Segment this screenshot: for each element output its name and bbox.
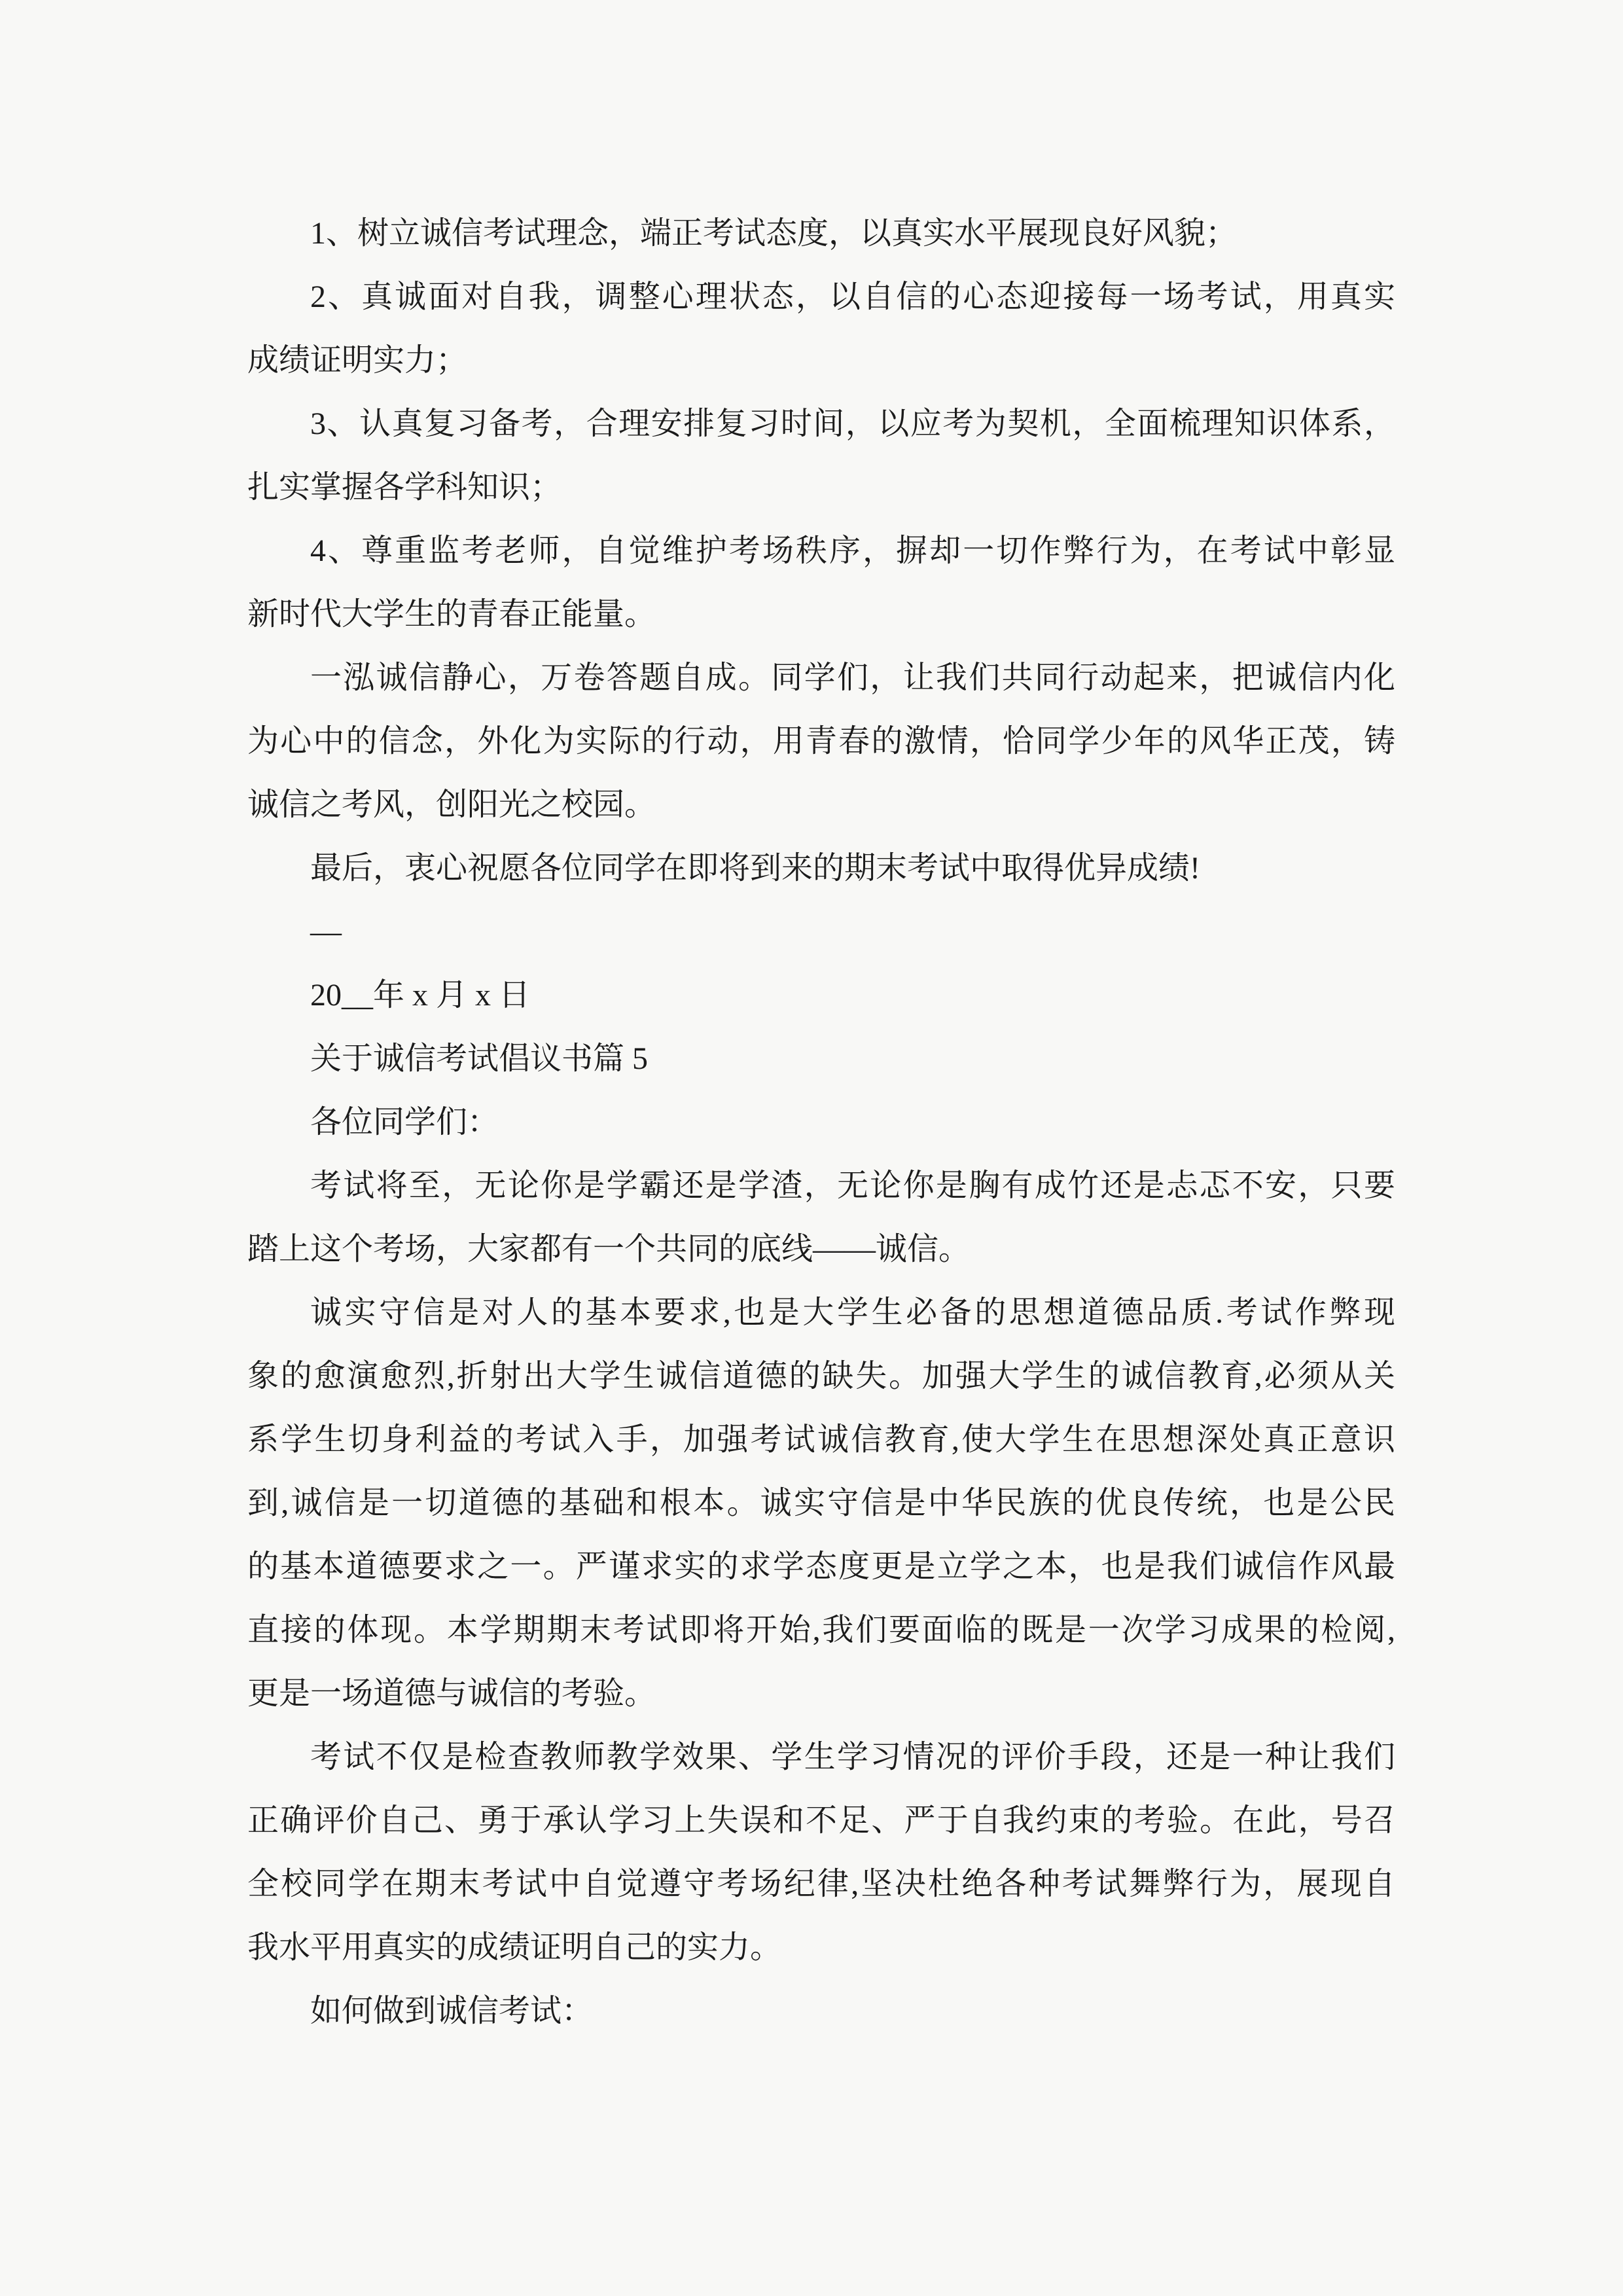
text-line: 成绩证明实力； [247,329,1395,392]
text-line: 诚实守信是对人的基本要求,也是大学生必备的思想道德品质.考试作弊现 [247,1281,1395,1344]
text-line: 3、认真复习备考，合理安排复习时间，以应考为契机，全面梳理知识体系， [247,392,1395,456]
text-line: 为心中的信念，外化为实际的行动，用青春的激情，恰同学少年的风华正茂，铸 [247,709,1395,773]
text-line: 扎实掌握各学科知识； [247,456,1395,519]
text-line: 到,诚信是一切道德的基础和根本。诚实守信是中华民族的优良传统，也是公民 [247,1471,1395,1535]
text-lines: 1、树立诚信考试理念，端正考试态度，以真实水平展现良好风貌；2、真诚面对自我，调… [247,202,1395,2043]
text-line: — [247,900,1395,963]
text-line: 1、树立诚信考试理念，端正考试态度，以真实水平展现良好风貌； [247,202,1395,265]
text-line: 如何做到诚信考试： [247,1979,1395,2043]
text-line: 直接的体现。本学期期末考试即将开始,我们要面临的既是一次学习成果的检阅, [247,1598,1395,1662]
text-line: 2、真诚面对自我，调整心理状态，以自信的心态迎接每一场考试，用真实 [247,265,1395,329]
document-page: 1、树立诚信考试理念，端正考试态度，以真实水平展现良好风貌；2、真诚面对自我，调… [0,0,1623,2296]
text-line: 正确评价自己、勇于承认学习上失误和不足、严于自我约束的考验。在此，号召 [247,1789,1395,1852]
text-line: 关于诚信考试倡议书篇 5 [247,1027,1395,1090]
text-line: 各位同学们： [247,1090,1395,1154]
text-line: 最后，衷心祝愿各位同学在即将到来的期末考试中取得优异成绩! [247,836,1395,900]
text-line: 象的愈演愈烈,折射出大学生诚信道德的缺失。加强大学生的诚信教育,必须从关 [247,1344,1395,1408]
text-line: 新时代大学生的青春正能量。 [247,583,1395,646]
text-line: 的基本道德要求之一。严谨求实的求学态度更是立学之本，也是我们诚信作风最 [247,1535,1395,1598]
text-line: 更是一场道德与诚信的考验。 [247,1662,1395,1725]
text-line: 系学生切身利益的考试入手，加强考试诚信教育,使大学生在思想深处真正意识 [247,1408,1395,1471]
text-line: 诚信之考风，创阳光之校园。 [247,773,1395,836]
text-line: 一泓诚信静心，万卷答题自成。同学们，让我们共同行动起来，把诚信内化 [247,646,1395,709]
text-line: 考试不仅是检查教师教学效果、学生学习情况的评价手段，还是一种让我们 [247,1725,1395,1789]
text-line: 考试将至，无论你是学霸还是学渣，无论你是胸有成竹还是忐忑不安，只要 [247,1154,1395,1217]
text-line: 4、尊重监考老师，自觉维护考场秩序，摒却一切作弊行为，在考试中彰显 [247,519,1395,583]
text-line: 踏上这个考场，大家都有一个共同的底线——诚信。 [247,1217,1395,1281]
text-line: 我水平用真实的成绩证明自己的实力。 [247,1916,1395,1979]
text-line: 全校同学在期末考试中自觉遵守考场纪律,坚决杜绝各种考试舞弊行为，展现自 [247,1852,1395,1916]
text-line: 20__年 x 月 x 日 [247,963,1395,1027]
